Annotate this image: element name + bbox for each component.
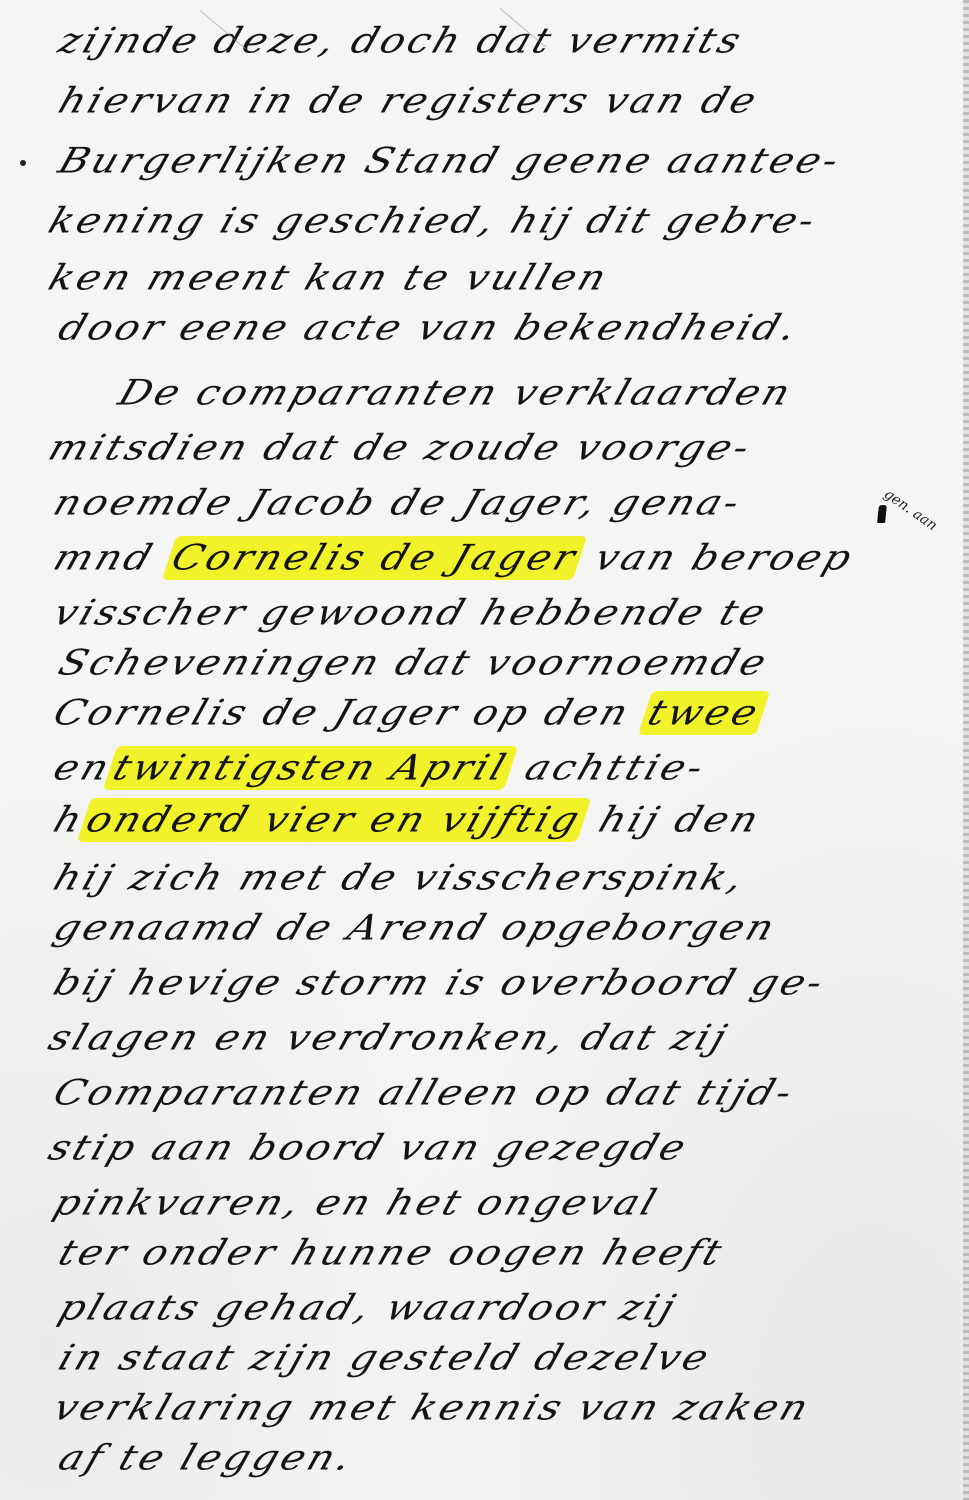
line-prefix: mnd bbox=[48, 538, 175, 578]
text-line-20: Comparanten alleen op dat tijd- bbox=[48, 1073, 799, 1113]
text-line-2: hiervan in de registers van de bbox=[53, 81, 764, 121]
document-page: zijnde deze, doch dat vermits hiervan in… bbox=[0, 0, 969, 1500]
text-line-16: hij zich met de visscherspink, bbox=[48, 858, 751, 898]
text-line-9: noemde Jacob de Jager, gena- bbox=[48, 483, 747, 523]
highlighted-date-month: twintigsten April bbox=[103, 746, 518, 790]
text-line-4: kening is geschied, hij dit gebre- bbox=[43, 201, 822, 241]
text-line-3: Burgerlijken Stand geene aantee- bbox=[53, 141, 846, 181]
text-line-7: De comparanten verklaarden bbox=[113, 373, 798, 413]
line-suffix: van beroep bbox=[574, 538, 860, 578]
text-line-19: slagen en verdronken, dat zij bbox=[43, 1018, 734, 1058]
text-line-1: zijnde deze, doch dat vermits bbox=[53, 21, 748, 61]
text-line-12: Scheveningen dat voornoemde bbox=[53, 643, 774, 683]
page-edge bbox=[963, 0, 969, 1500]
ink-dot bbox=[20, 160, 26, 166]
text-line-6: door eene acte van bekendheid. bbox=[53, 308, 804, 348]
highlighted-name: Cornelis de Jager bbox=[162, 536, 588, 580]
text-line-21: stip aan boord van gezegde bbox=[43, 1128, 693, 1168]
line-suffix: hij den bbox=[578, 800, 767, 840]
text-line-5: ken meent kan te vullen bbox=[43, 258, 614, 298]
highlighted-date-day: twee bbox=[638, 691, 770, 735]
ink-blot bbox=[877, 505, 887, 523]
text-line-13: Cornelis de Jager op den twee bbox=[48, 693, 769, 733]
text-line-8: mitsdien dat de zoude voorge- bbox=[43, 428, 757, 468]
text-line-24: plaats gehad, waardoor zij bbox=[53, 1288, 682, 1328]
text-line-23: ter onder hunne oogen heeft bbox=[53, 1233, 729, 1273]
text-line-14: entwintigsten April achttie- bbox=[48, 748, 711, 788]
line-suffix: achttie- bbox=[504, 748, 711, 788]
text-line-22: pinkvaren, en het ongeval bbox=[48, 1183, 664, 1223]
text-line-26: verklaring met kennis van zaken bbox=[48, 1388, 816, 1428]
text-line-25: in staat zijn gesteld dezelve bbox=[53, 1338, 716, 1378]
text-line-18: bij hevige storm is overboord ge- bbox=[48, 963, 830, 1003]
text-line-10: mnd Cornelis de Jager van beroep bbox=[48, 538, 859, 578]
line-prefix: Cornelis de Jager op den bbox=[48, 693, 651, 733]
text-line-17: genaamd de Arend opgeborgen bbox=[48, 908, 782, 948]
text-line-15: honderd vier en vijftig hij den bbox=[48, 800, 766, 840]
text-line-27: af te leggen. bbox=[53, 1438, 359, 1478]
text-line-11: visscher gewoond hebbende te bbox=[48, 593, 773, 633]
highlighted-date-year: onderd vier en vijftig bbox=[77, 798, 592, 842]
margin-note: gen. aan bbox=[881, 486, 940, 534]
